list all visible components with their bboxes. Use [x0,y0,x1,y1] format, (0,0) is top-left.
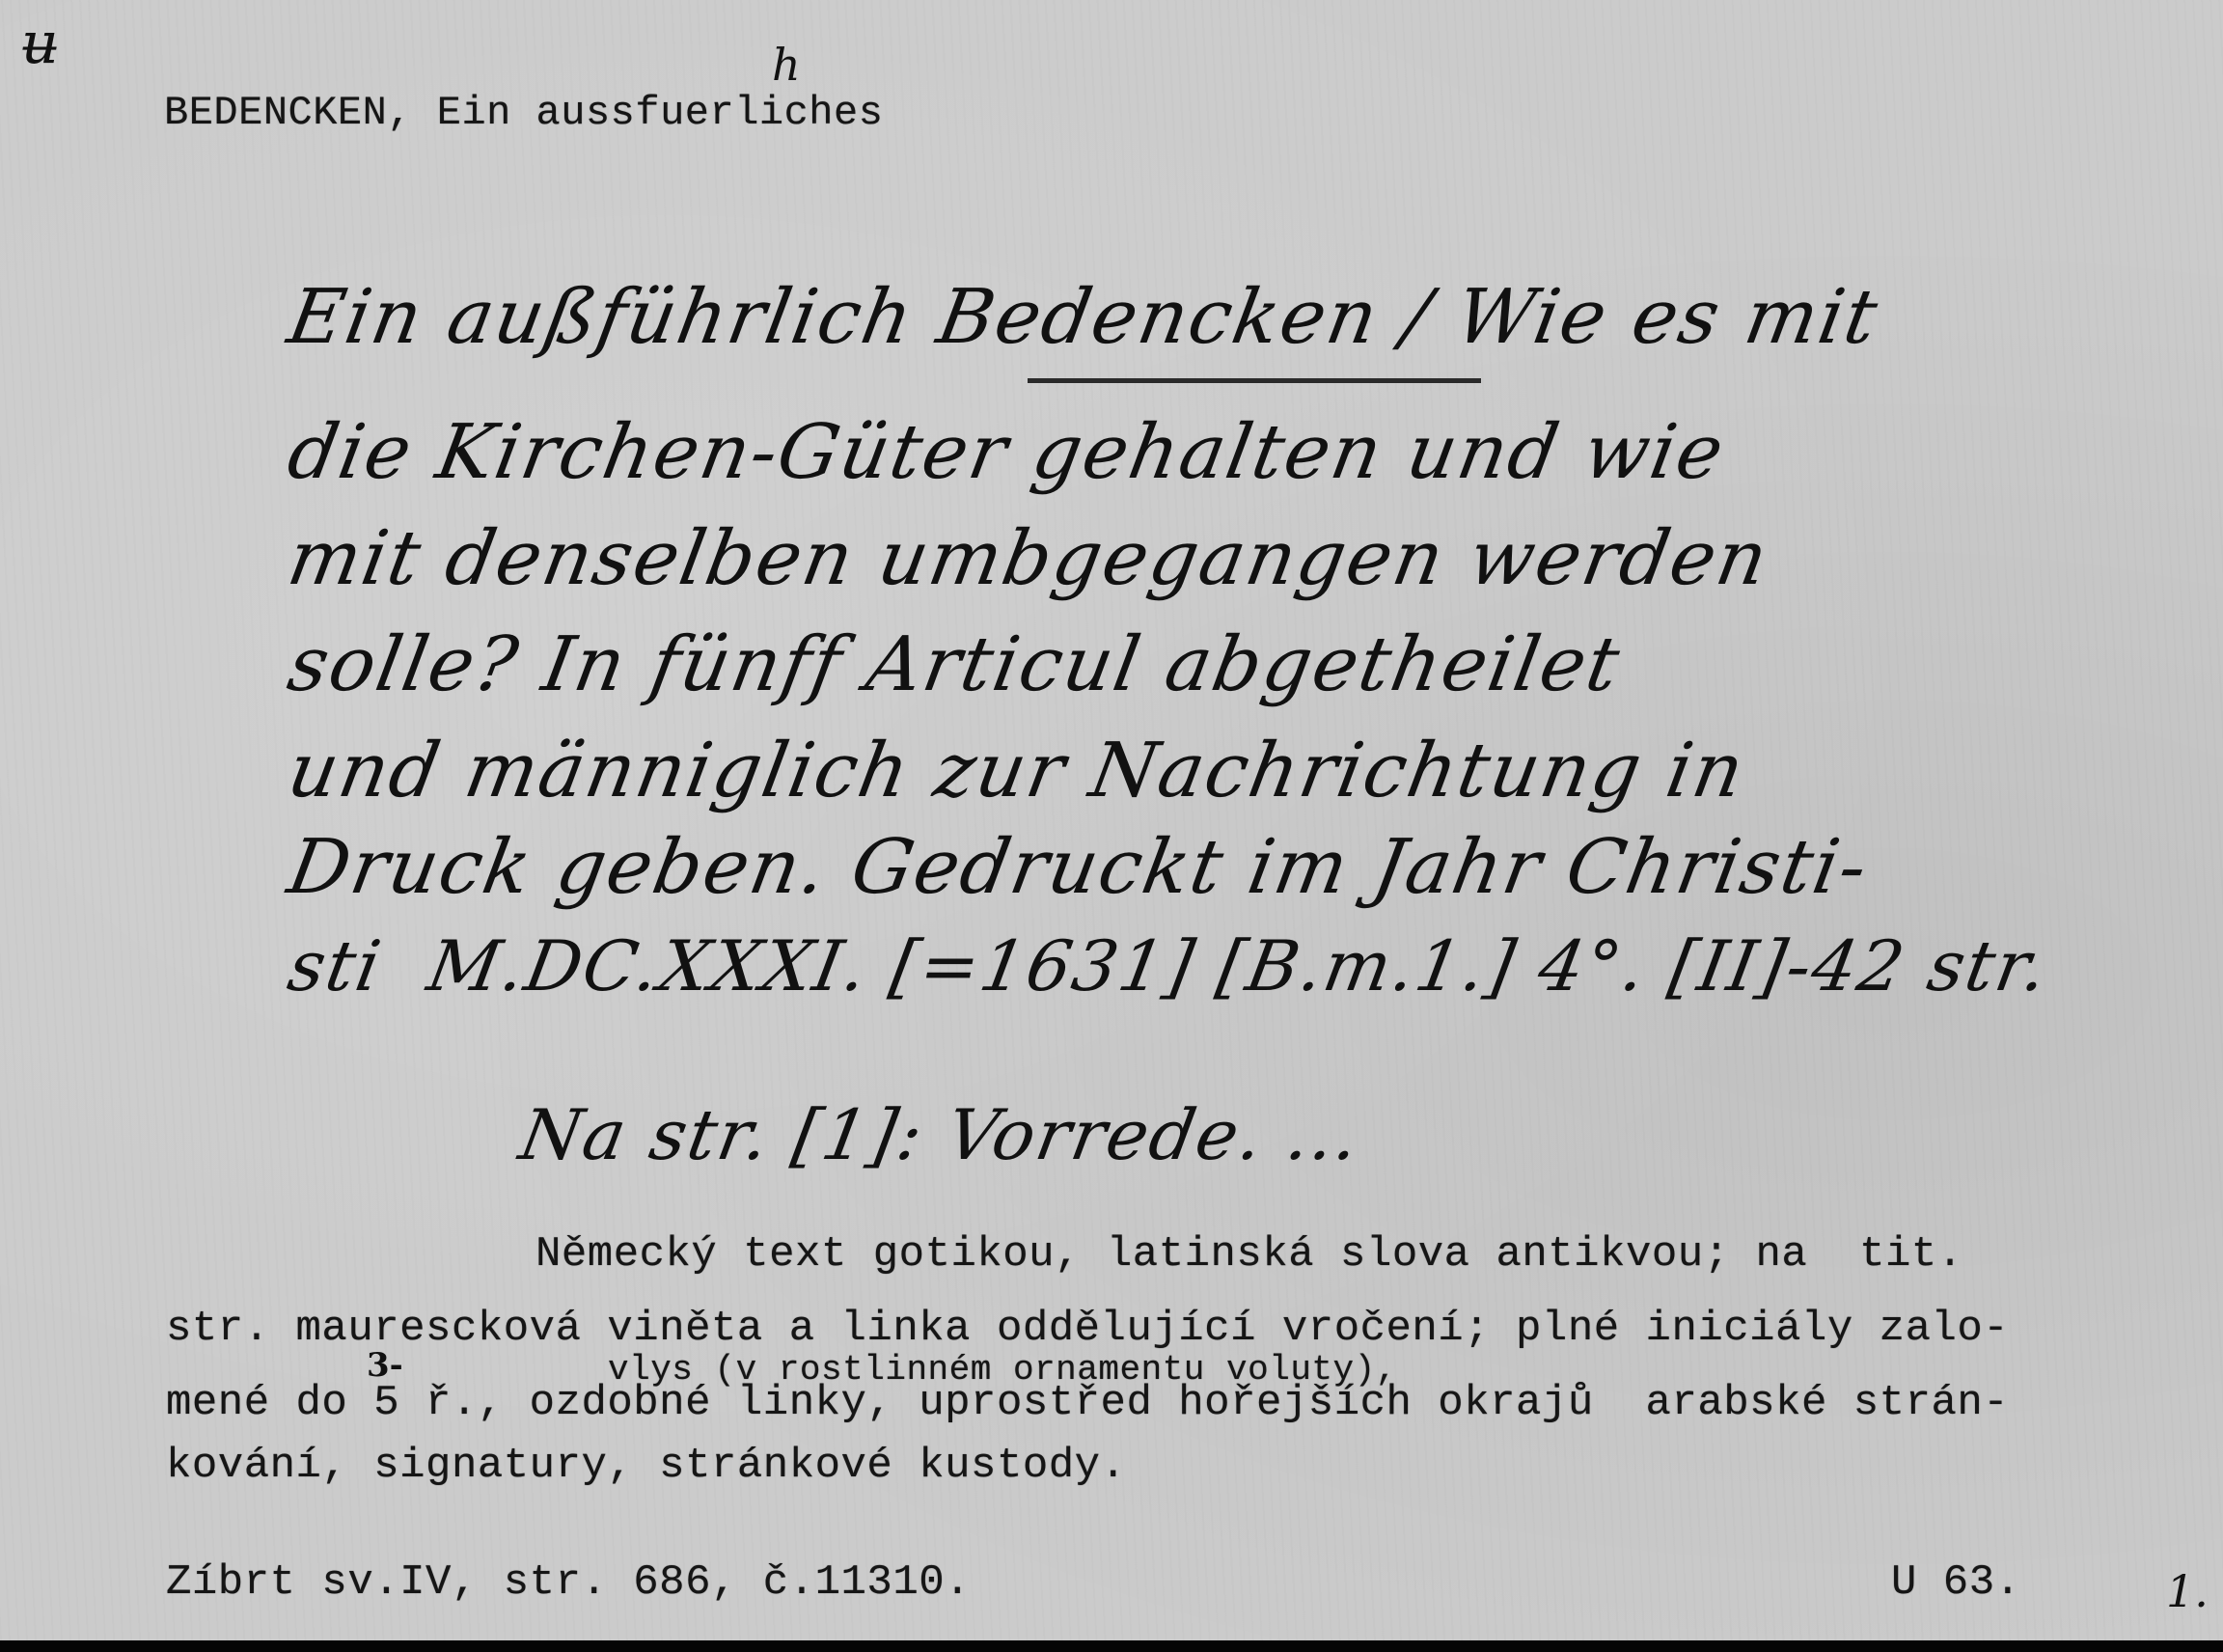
handwritten-line-1: Ein außführlich Bedencken / Wie es mit [283,280,1884,355]
heading-insertion-mark: h [772,39,801,91]
description-line-1: Německý text gotikou, latinská slova ant… [535,1233,1963,1276]
handwritten-line-2: die Kirchen-Güter gehalten und wie [283,415,1730,490]
description-line-3: mené do 5 ř., ozdobné linky, uprostřed h… [166,1382,2009,1424]
card-heading: BEDENCKEN, Ein aussfuerliches [164,93,883,133]
bibliographic-reference: Zíbrt sv.IV, str. 686, č.11310. [166,1561,971,1604]
handwritten-line-4: solle? In fünff Articul abgetheilet [283,627,1626,702]
handwritten-note: Na str. [1]: Vorrede. ... [515,1100,1366,1170]
sequence-number: 1. [2166,1565,2209,1617]
catalog-card: ʉ BEDENCKEN, Ein aussfuerliches h Ein au… [0,0,2223,1640]
handwritten-line-6: Druck geben. Gedruckt im Jahr Christi- [283,830,1874,905]
handwritten-line-5: und männiglich zur Nachrichtung in [283,733,1750,809]
description-line-2: str. maurescková viněta a linka oddělují… [166,1308,2009,1350]
title-underline [1028,378,1481,383]
handwritten-line-7: sti M.DC.XXXI. [=1631] [B.m.1.] 4°. [II]… [284,931,2054,1001]
handwritten-line-3: mit denselben umbgegangen werden [283,521,1774,596]
scan-border [0,1640,2223,1652]
shelfmark: U 63. [1891,1561,2021,1604]
corner-mark: ʉ [21,10,59,77]
description-line-4: kování, signatury, stránkové kustody. [166,1445,1126,1487]
